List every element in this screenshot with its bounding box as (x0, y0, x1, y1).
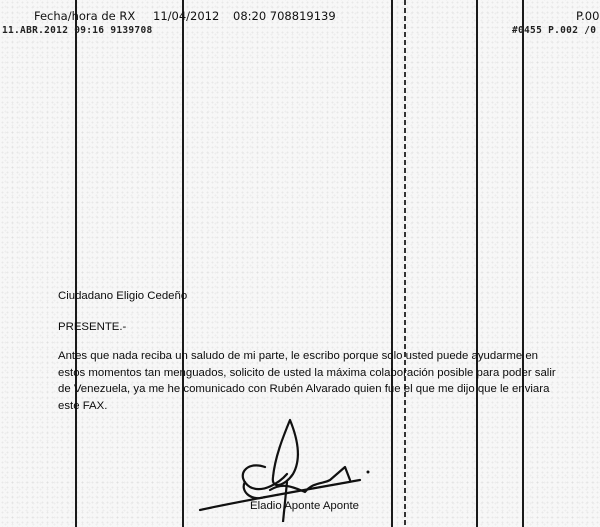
scan-line-dashed (404, 0, 406, 527)
page-indicator: P.00 (576, 9, 599, 23)
scan-line (182, 0, 184, 527)
scan-line (75, 0, 77, 527)
rx-label: Fecha/hora de RX (34, 9, 135, 23)
letter-paragraph: Antes que nada reciba un saludo de mi pa… (58, 348, 600, 414)
tx-line-right: #0455 P.002 /0 (512, 25, 596, 36)
signature-name: Eladio Aponte Aponte (250, 500, 359, 512)
paragraph-line: Antes que nada reciba un saludo de mi pa… (58, 348, 600, 365)
paragraph-line: estos momentos tan menguados, solicito d… (58, 365, 600, 382)
scan-line (522, 0, 524, 527)
tx-line-left: 11.ABR.2012 09:16 9139708 (2, 25, 153, 36)
scan-line (476, 0, 478, 527)
addressee: Ciudadano Eligio Cedeño (58, 288, 187, 305)
greeting: PRESENTE.- (58, 319, 126, 336)
paragraph-line: de Venezuela, ya me he comunicado con Ru… (58, 381, 600, 398)
rx-date: 11/04/2012 (153, 9, 219, 23)
rx-time-number: 08:20 708819139 (233, 9, 336, 23)
